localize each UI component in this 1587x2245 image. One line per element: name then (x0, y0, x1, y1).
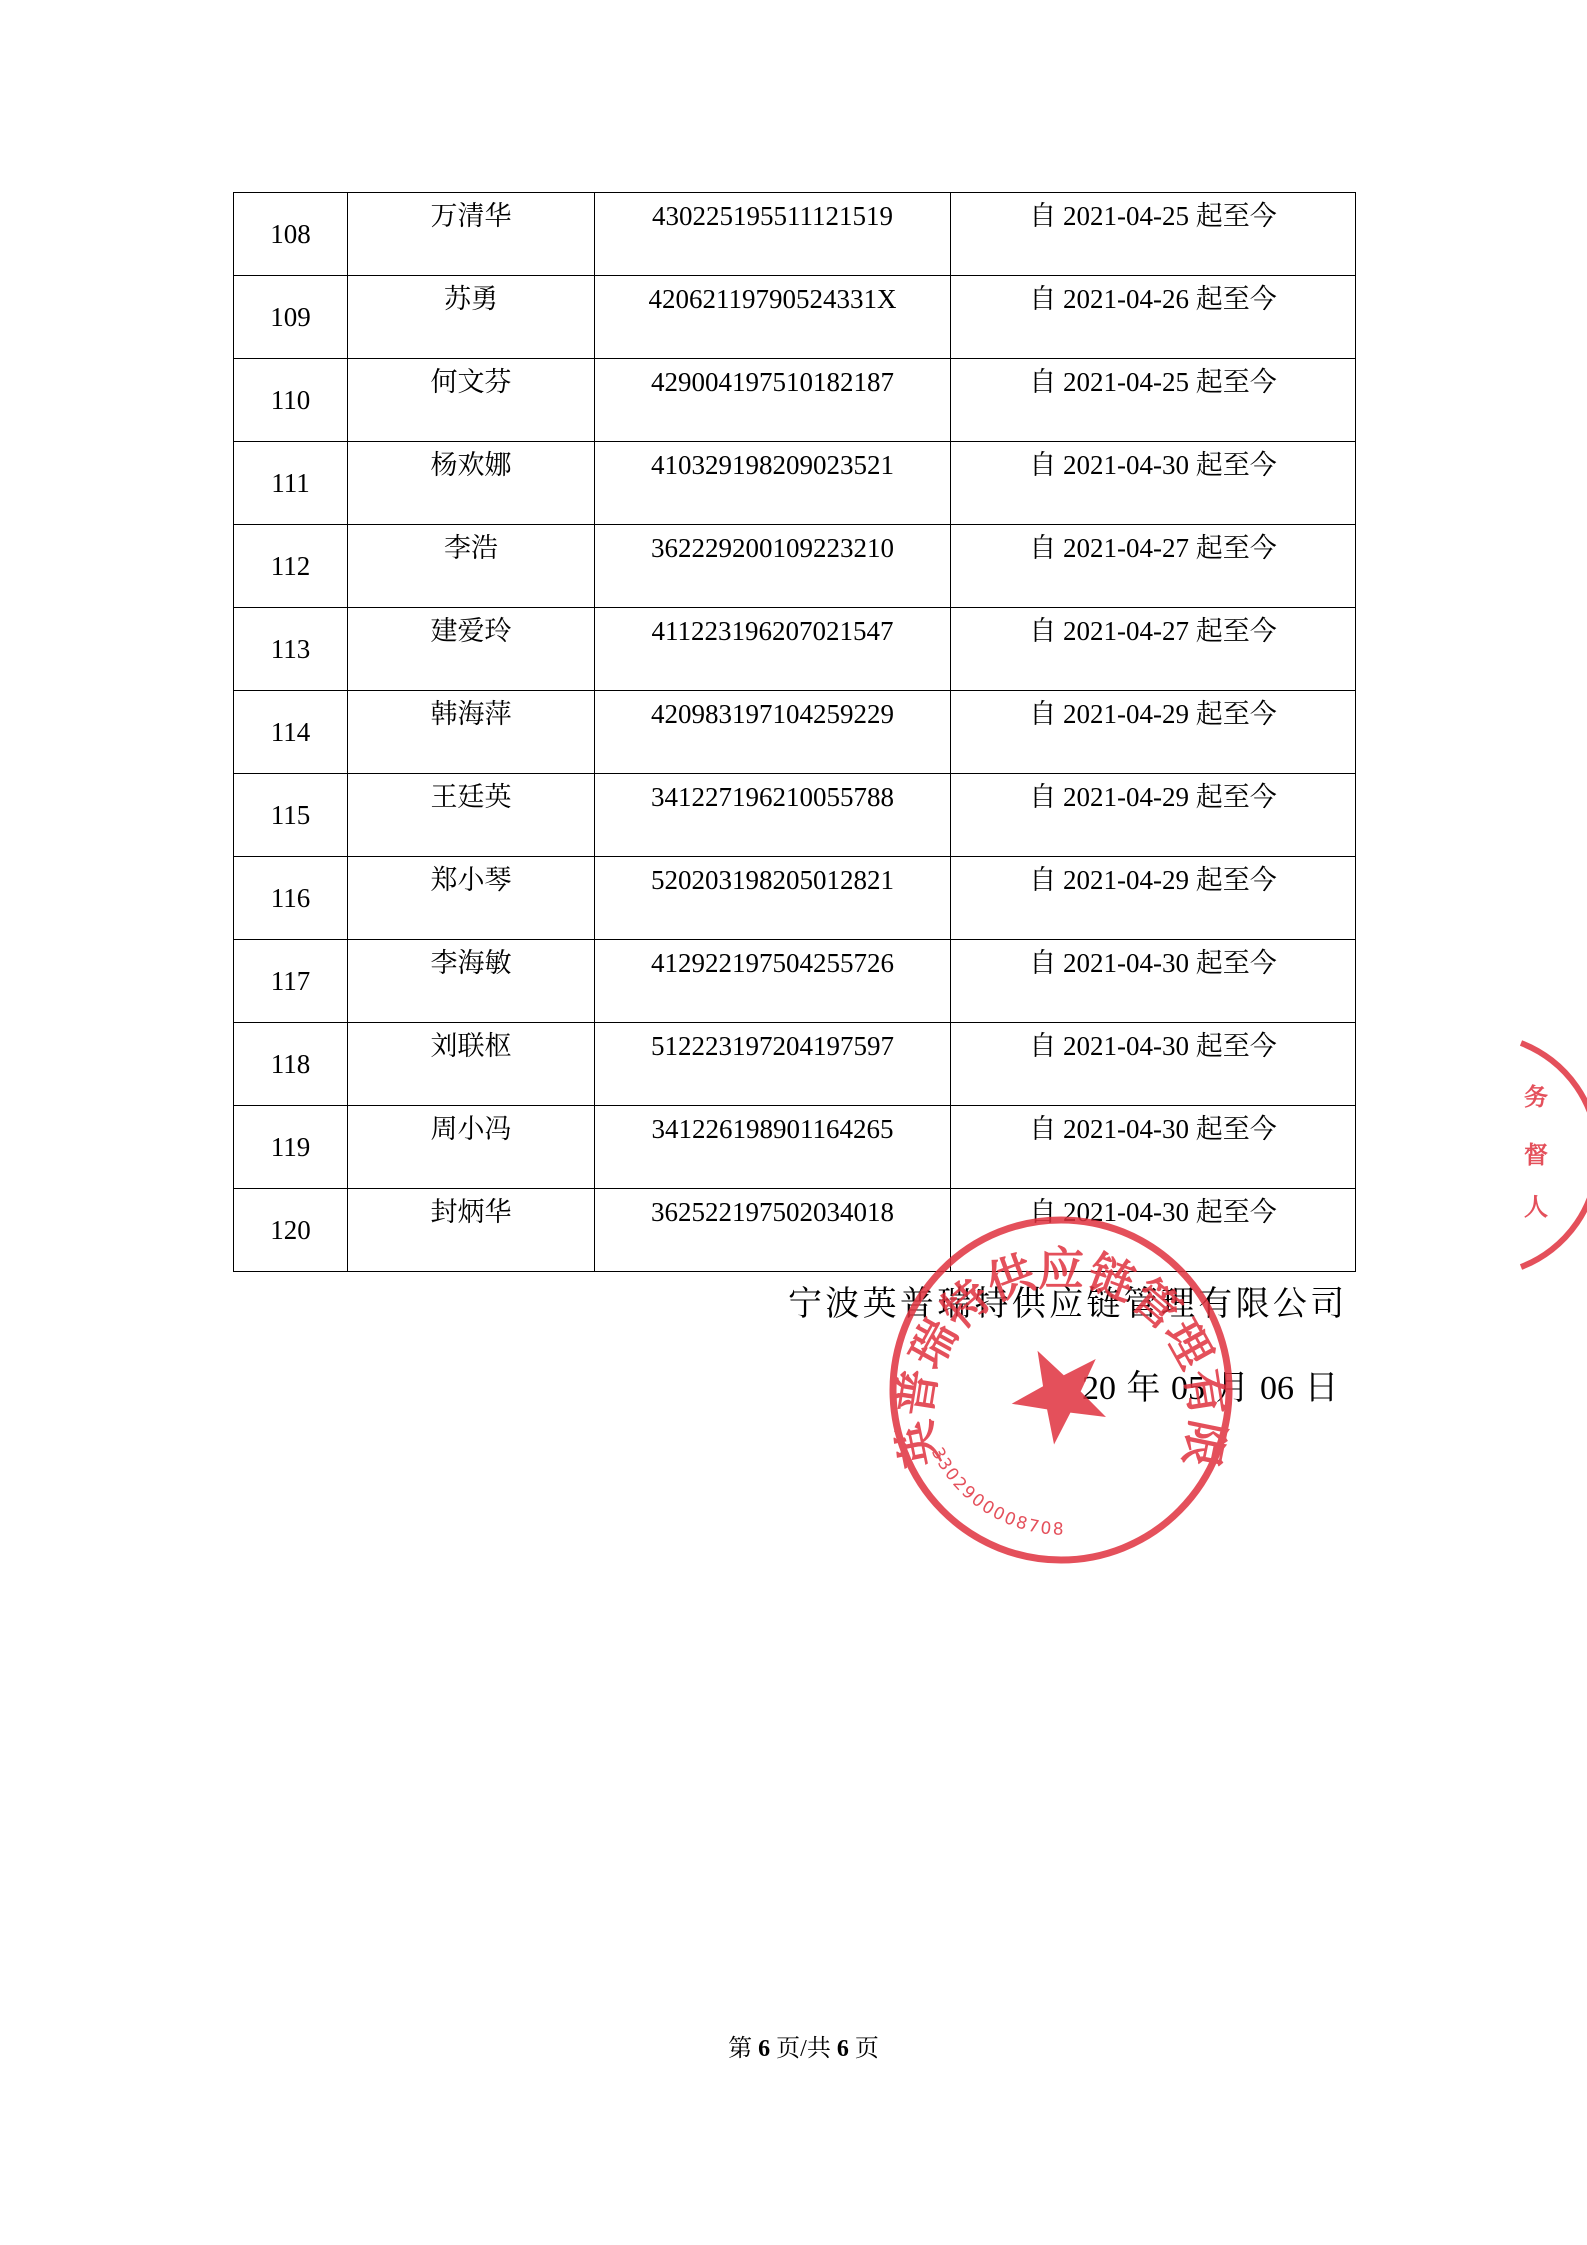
row-number: 120 (234, 1189, 348, 1272)
table-row: 118刘联枢512223197204197597自 2021-04-30 起至今 (234, 1023, 1356, 1106)
employment-period: 自 2021-04-30 起至今 (951, 442, 1356, 525)
employee-name: 韩海萍 (348, 691, 595, 774)
employment-period: 自 2021-04-29 起至今 (951, 857, 1356, 940)
seal-star-icon (1007, 1348, 1114, 1451)
employee-name: 封炳华 (348, 1189, 595, 1272)
employee-name: 刘联枢 (348, 1023, 595, 1106)
page-footer: 第 6 页/共 6 页 (0, 2028, 1587, 2063)
id-number: 430225195511121519 (595, 193, 951, 276)
table-row: 113建爱玲411223196207021547自 2021-04-27 起至今 (234, 608, 1356, 691)
svg-text:3302900008708: 3302900008708 (927, 1444, 1066, 1540)
id-number: 420983197104259229 (595, 691, 951, 774)
employment-period: 自 2021-04-26 起至今 (951, 276, 1356, 359)
id-number: 341226198901164265 (595, 1106, 951, 1189)
row-number: 108 (234, 193, 348, 276)
employee-name: 杨欢娜 (348, 442, 595, 525)
employee-name: 李浩 (348, 525, 595, 608)
employment-period: 自 2021-04-29 起至今 (951, 774, 1356, 857)
footer-prefix: 第 (728, 2036, 752, 2062)
row-number: 117 (234, 940, 348, 1023)
employment-period: 自 2021-04-27 起至今 (951, 525, 1356, 608)
total-page-number: 6 (837, 2036, 849, 2062)
employee-name: 建爱玲 (348, 608, 595, 691)
table-row: 119周小冯341226198901164265自 2021-04-30 起至今 (234, 1106, 1356, 1189)
table-row: 115王廷英341227196210055788自 2021-04-29 起至今 (234, 774, 1356, 857)
employment-period: 自 2021-04-25 起至今 (951, 193, 1356, 276)
table-row: 114韩海萍420983197104259229自 2021-04-29 起至今 (234, 691, 1356, 774)
id-number: 341227196210055788 (595, 774, 951, 857)
employee-name: 周小冯 (348, 1106, 595, 1189)
row-number: 114 (234, 691, 348, 774)
table-row: 108万清华430225195511121519自 2021-04-25 起至今 (234, 193, 1356, 276)
seal-code: 3302900008708 (927, 1444, 1066, 1540)
row-number: 113 (234, 608, 348, 691)
employee-table: 108万清华430225195511121519自 2021-04-25 起至今… (233, 192, 1356, 1272)
row-number: 112 (234, 525, 348, 608)
id-number: 429004197510182187 (595, 359, 951, 442)
row-number: 115 (234, 774, 348, 857)
employee-name: 郑小琴 (348, 857, 595, 940)
svg-text:人: 人 (1524, 1193, 1548, 1221)
svg-text:宁波英普瑞特供应链管理有限公司: 宁波英普瑞特供应链管理有限公司 (857, 1164, 1235, 1472)
row-number: 116 (234, 857, 348, 940)
employment-period: 自 2021-04-30 起至今 (951, 1023, 1356, 1106)
id-number: 412922197504255726 (595, 940, 951, 1023)
table-row: 109苏勇42062119790524331X自 2021-04-26 起至今 (234, 276, 1356, 359)
seal-text: 宁波英普瑞特供应链管理有限公司 (857, 1164, 1235, 1472)
cross-page-seal-icon: 务 督 人 (1518, 1035, 1587, 1275)
employee-name: 何文芬 (348, 359, 595, 442)
row-number: 110 (234, 359, 348, 442)
row-number: 118 (234, 1023, 348, 1106)
table-row: 112李浩362229200109223210自 2021-04-27 起至今 (234, 525, 1356, 608)
id-number: 520203198205012821 (595, 857, 951, 940)
id-number: 411223196207021547 (595, 608, 951, 691)
employment-period: 自 2021-04-27 起至今 (951, 608, 1356, 691)
table-row: 116郑小琴520203198205012821自 2021-04-29 起至今 (234, 857, 1356, 940)
row-number: 119 (234, 1106, 348, 1189)
employee-name: 万清华 (348, 193, 595, 276)
employment-period: 自 2021-04-25 起至今 (951, 359, 1356, 442)
footer-suffix: 页 (855, 2036, 879, 2062)
employment-period: 自 2021-04-30 起至今 (951, 940, 1356, 1023)
employment-period: 自 2021-04-30 起至今 (951, 1106, 1356, 1189)
table-row: 111杨欢娜410329198209023521自 2021-04-30 起至今 (234, 442, 1356, 525)
table-row: 110何文芬429004197510182187自 2021-04-25 起至今 (234, 359, 1356, 442)
id-number: 410329198209023521 (595, 442, 951, 525)
footer-middle: 页/共 (776, 2036, 831, 2062)
row-number: 109 (234, 276, 348, 359)
company-seal-icon: 宁波英普瑞特供应链管理有限公司 3302900008708 (880, 1207, 1242, 1569)
svg-text:督: 督 (1524, 1141, 1548, 1169)
id-number: 42062119790524331X (595, 276, 951, 359)
employee-table-body: 108万清华430225195511121519自 2021-04-25 起至今… (234, 193, 1356, 1272)
id-number: 512223197204197597 (595, 1023, 951, 1106)
employment-period: 自 2021-04-29 起至今 (951, 691, 1356, 774)
current-page-number: 6 (758, 2036, 770, 2062)
employee-name: 王廷英 (348, 774, 595, 857)
id-number: 362229200109223210 (595, 525, 951, 608)
employee-name: 苏勇 (348, 276, 595, 359)
employee-name: 李海敏 (348, 940, 595, 1023)
document-page: 108万清华430225195511121519自 2021-04-25 起至今… (0, 0, 1587, 2245)
row-number: 111 (234, 442, 348, 525)
svg-text:务: 务 (1524, 1083, 1548, 1111)
table-row: 117李海敏412922197504255726自 2021-04-30 起至今 (234, 940, 1356, 1023)
